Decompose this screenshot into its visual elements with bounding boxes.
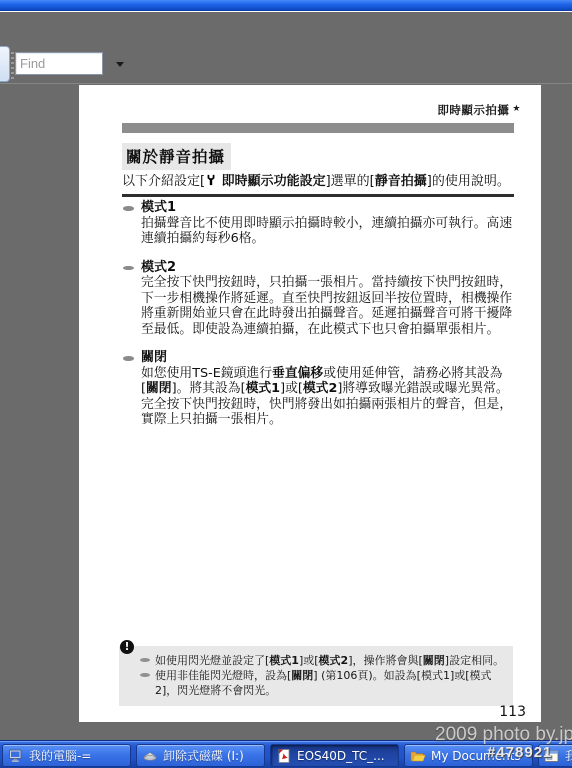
window-icon bbox=[544, 748, 560, 764]
caution-text: 如使用閃光燈並設定了[模式1]或[模式2]，操作將會與[關閉]設定相同。 bbox=[155, 653, 505, 668]
find-input[interactable] bbox=[15, 52, 103, 75]
screen: 即時顯示拍攝★ 關於靜音拍攝 以下介紹設定[ 即時顯示功能設定]選單的[靜音拍攝… bbox=[0, 0, 572, 768]
bullet-dot-icon bbox=[140, 658, 150, 662]
bullet-paragraph: 拍攝聲音比不使用即時顯示拍攝時較小，連續拍攝亦可執行。高速連續拍攝約每秒6格。 bbox=[141, 216, 520, 247]
taskbar-button[interactable]: 卸除式磁碟 (I:) bbox=[136, 744, 265, 767]
divider-rule bbox=[122, 194, 514, 197]
bullet-label: 關閉 bbox=[141, 350, 520, 366]
bullet-paragraph: 完全按下快門按鈕時，快門將發出如拍攝兩張相片的聲音，但是，實際上只拍攝一張相片。 bbox=[141, 397, 520, 428]
taskbar-button[interactable]: 我 bbox=[538, 744, 572, 767]
taskbar-buttons: 我的電腦-= 卸除式磁碟 (I:) EOS40D_TC_... My Docum… bbox=[0, 741, 572, 767]
taskbar-button-label: EOS40D_TC_... bbox=[297, 749, 385, 763]
bullet-label: 模式2 bbox=[141, 260, 520, 276]
bullet-paragraph: 完全按下快門按鈕時，只拍攝一張相片。當持續按下快門按鈕時，下一步相機操作將延遲。… bbox=[141, 275, 520, 337]
bullet-label: 模式1 bbox=[141, 200, 520, 216]
find-toolbar bbox=[0, 11, 572, 84]
star-icon: ★ bbox=[512, 104, 521, 114]
caution-item: 使用非佳能閃光燈時，設為[關閉] (第106頁)。如設為[模式1]或[模式2]，… bbox=[140, 668, 505, 698]
section-title: 關於靜音拍攝 bbox=[122, 143, 231, 170]
caution-box: 如使用閃光燈並設定了[模式1]或[模式2]，操作將會與[關閉]設定相同。 使用非… bbox=[119, 646, 513, 706]
header-bar bbox=[122, 123, 514, 133]
bullet-dot-icon bbox=[123, 356, 134, 361]
bullet-dot-icon bbox=[140, 673, 150, 677]
caution-icon: ! bbox=[120, 640, 134, 654]
intro-text: 以下介紹設定[ 即時顯示功能設定]選單的[靜音拍攝]的使用說明。 bbox=[122, 174, 520, 190]
pdf-icon bbox=[276, 748, 292, 764]
taskbar: 我的電腦-= 卸除式磁碟 (I:) EOS40D_TC_... My Docum… bbox=[0, 740, 572, 768]
caution-item: 如使用閃光燈並設定了[模式1]或[模式2]，操作將會與[關閉]設定相同。 bbox=[140, 653, 505, 668]
setup-menu-icon bbox=[205, 174, 217, 186]
bullet-item: 模式2 完全按下快門按鈕時，只拍攝一張相片。當持續按下快門按鈕時，下一步相機操作… bbox=[122, 260, 520, 338]
toolbar-grip-handle[interactable] bbox=[11, 52, 14, 79]
bullet-body: 拍攝聲音比不使用即時顯示拍攝時較小，連續拍攝亦可執行。高速連續拍攝約每秒6格。 bbox=[141, 216, 520, 247]
page-number: 113 bbox=[499, 704, 526, 720]
page-header-text: 即時顯示拍攝 bbox=[437, 103, 509, 117]
bullet-paragraph: 如您使用TS-E鏡頭進行垂直偏移或使用延伸管，請務必將其設為[關閉]。將其設為[… bbox=[141, 366, 520, 397]
caution-items: 如使用閃光燈並設定了[模式1]或[模式2]，操作將會與[關閉]設定相同。 使用非… bbox=[140, 653, 505, 698]
bullet-item: 模式1 拍攝聲音比不使用即時顯示拍攝時較小，連續拍攝亦可執行。高速連續拍攝約每秒… bbox=[122, 200, 520, 247]
taskbar-button[interactable]: 我的電腦-= bbox=[2, 744, 131, 767]
taskbar-button-label: 我 bbox=[565, 747, 572, 764]
document-area: 即時顯示拍攝★ 關於靜音拍攝 以下介紹設定[ 即時顯示功能設定]選單的[靜音拍攝… bbox=[0, 84, 572, 740]
toolbar-partial-button[interactable] bbox=[0, 46, 10, 82]
taskbar-button-label: 我的電腦-= bbox=[29, 747, 91, 764]
bullet-item: 關閉 如您使用TS-E鏡頭進行垂直偏移或使用延伸管，請務必將其設為[關閉]。將其… bbox=[122, 350, 520, 428]
removable-disk-icon bbox=[142, 748, 158, 764]
bullet-body: 完全按下快門按鈕時，只拍攝一張相片。當持續按下快門按鈕時，下一步相機操作將延遲。… bbox=[141, 275, 520, 337]
taskbar-button-label: 卸除式磁碟 (I:) bbox=[163, 747, 244, 764]
taskbar-button-label: My Documents bbox=[431, 749, 521, 763]
window-titlebar[interactable] bbox=[0, 0, 572, 11]
taskbar-button[interactable]: EOS40D_TC_... bbox=[270, 744, 399, 767]
bullet-body: 如您使用TS-E鏡頭進行垂直偏移或使用延伸管，請務必將其設為[關閉]。將其設為[… bbox=[141, 366, 520, 428]
my-computer-icon bbox=[8, 748, 24, 764]
page-header: 即時顯示拍攝★ bbox=[122, 102, 521, 118]
folder-icon bbox=[410, 748, 426, 764]
pdf-page: 即時顯示拍攝★ 關於靜音拍攝 以下介紹設定[ 即時顯示功能設定]選單的[靜音拍攝… bbox=[79, 85, 541, 722]
taskbar-button[interactable]: My Documents bbox=[404, 744, 533, 767]
bullet-list: 模式1 拍攝聲音比不使用即時顯示拍攝時較小，連續拍攝亦可執行。高速連續拍攝約每秒… bbox=[122, 200, 520, 441]
caution-text: 使用非佳能閃光燈時，設為[關閉] (第106頁)。如設為[模式1]或[模式2]，… bbox=[155, 668, 505, 698]
bullet-dot-icon bbox=[123, 266, 134, 271]
find-dropdown-arrow[interactable] bbox=[116, 62, 124, 67]
bullet-dot-icon bbox=[123, 206, 134, 211]
